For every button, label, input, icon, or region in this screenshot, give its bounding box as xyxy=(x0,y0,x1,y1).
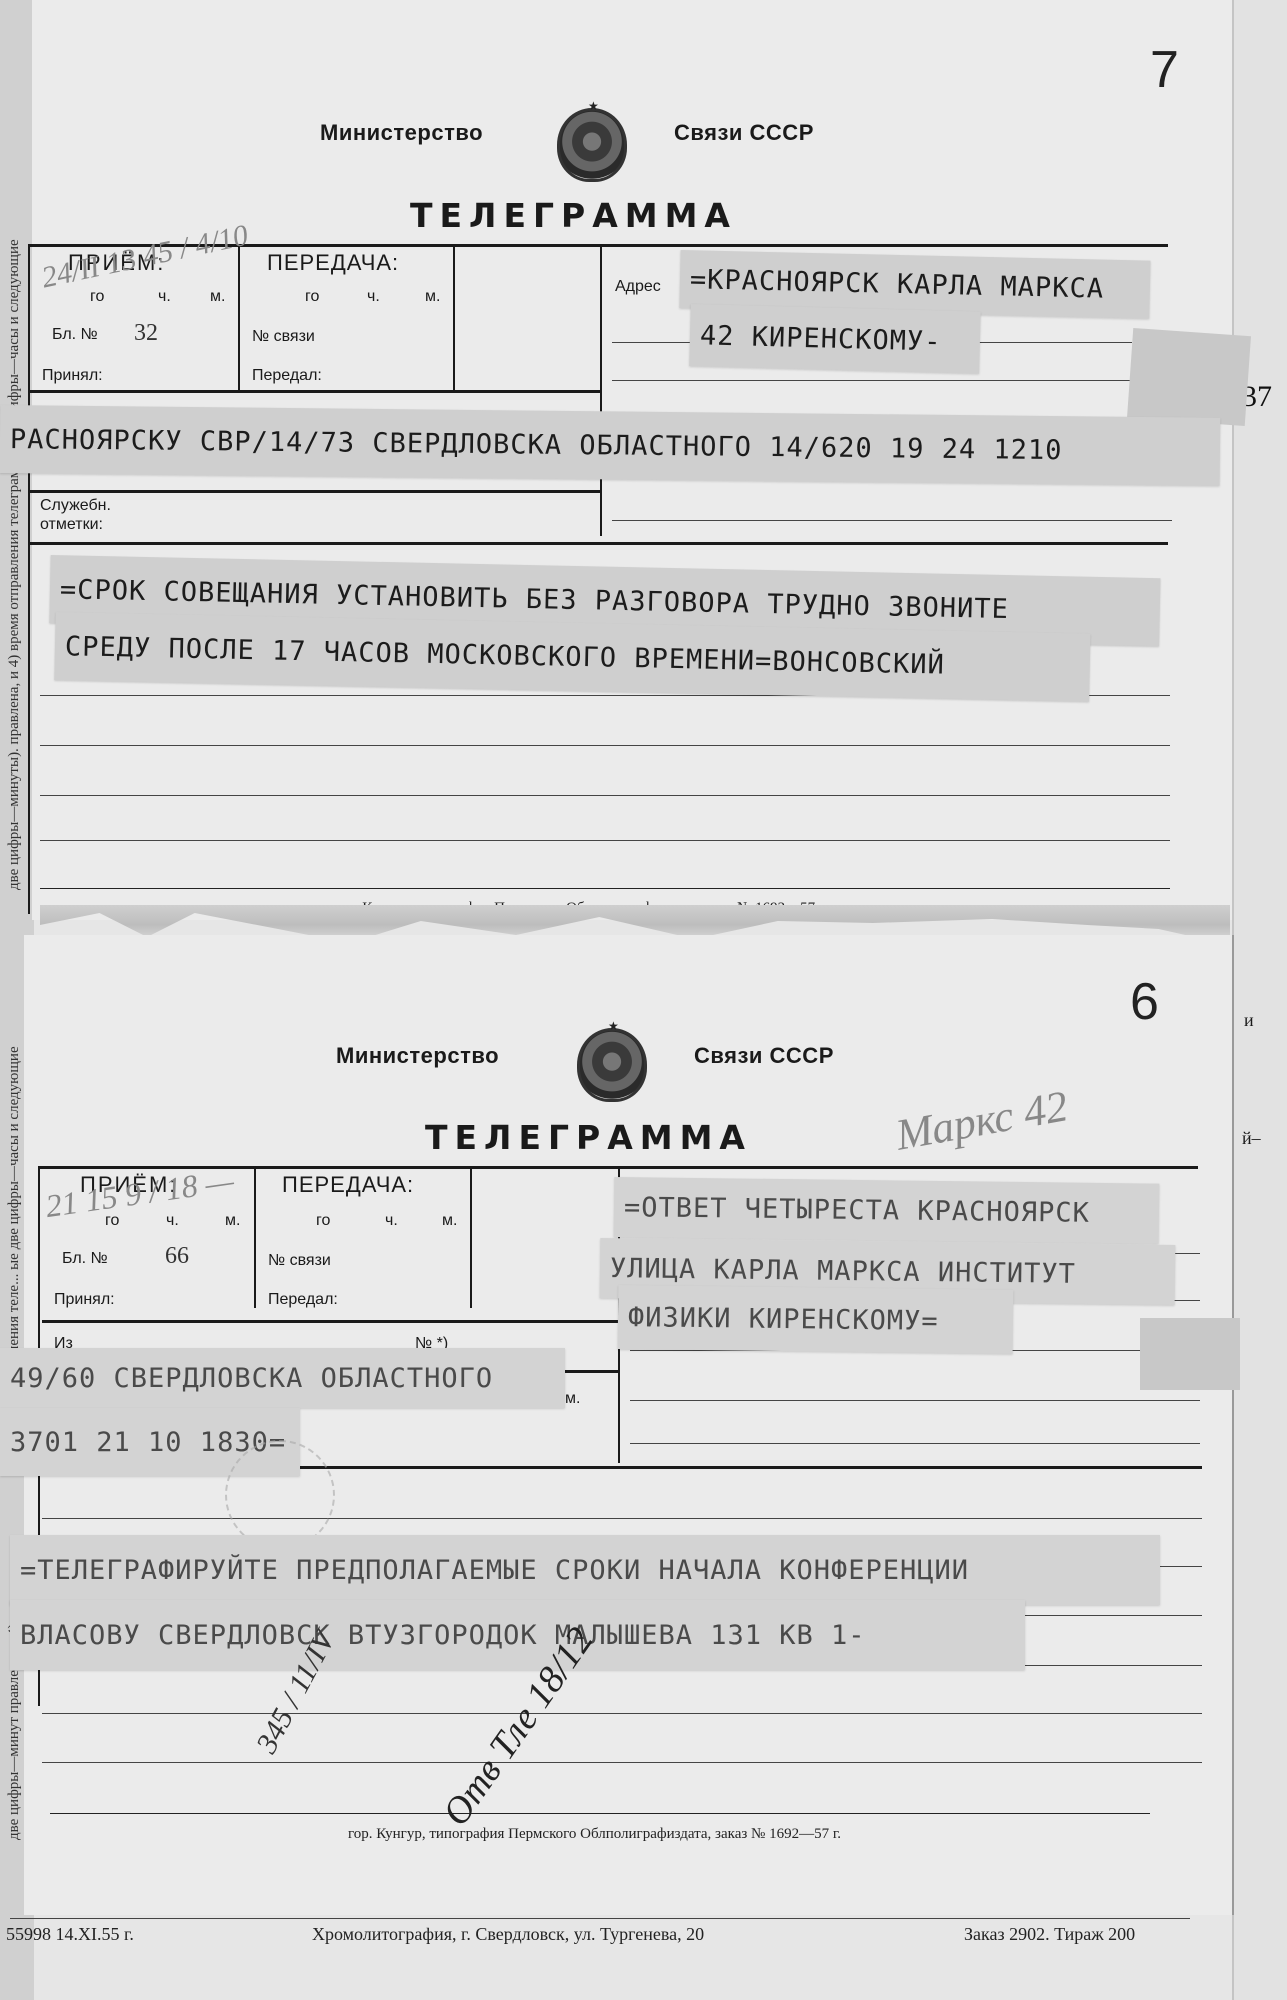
minutes-label: м. xyxy=(565,1390,580,1408)
right-underlying-page-edge: 37 и й– xyxy=(1232,0,1287,2000)
footer-order: Заказ 2902. Тираж 200 xyxy=(964,1924,1135,1945)
ministry-label-bottom: Министерство xyxy=(336,1043,499,1069)
rule xyxy=(42,1762,1202,1763)
divider xyxy=(28,490,600,493)
rule xyxy=(630,1443,1200,1444)
ussr-emblem-icon xyxy=(557,108,627,182)
tape-address-line-2: 42 КИРЕНСКОМУ- xyxy=(689,304,981,374)
address-label: Адрес xyxy=(615,278,661,296)
divider xyxy=(28,390,600,393)
send-time-m-bottom: м. xyxy=(442,1212,457,1230)
peredacha-label-bottom: ПЕРЕДАЧА: xyxy=(282,1172,414,1198)
right-edge-mark-i: и xyxy=(1244,1010,1254,1031)
blank-number-label-bottom: Бл. № xyxy=(62,1250,108,1268)
rule xyxy=(40,888,1170,889)
divider xyxy=(453,246,455,390)
postmark-stamp xyxy=(225,1440,335,1550)
blank-tape-patch xyxy=(1127,328,1251,426)
recv-time-m: м. xyxy=(210,288,225,306)
telegram-title-bottom: ТЕЛЕГРАММА xyxy=(425,1118,752,1157)
tape-header-line: РАСНОЯРСКУ СВР/14/73 СВЕРДЛОВСКА ОБЛАСТН… xyxy=(0,405,1220,486)
ussr-emblem-icon xyxy=(577,1028,647,1102)
divider xyxy=(238,246,240,390)
ministry-label-top: Министерство xyxy=(320,120,483,146)
send-time-go: го xyxy=(305,288,319,306)
recv-time-h-bottom: ч. xyxy=(166,1212,179,1230)
service-notes-label: Служебн. отметки: xyxy=(40,496,150,534)
send-time-h: ч. xyxy=(367,288,380,306)
page-number-top: 7 xyxy=(1150,40,1179,100)
right-edge-mark-i-short: й– xyxy=(1242,1128,1261,1149)
send-time-go-bottom: го xyxy=(316,1212,330,1230)
peredacha-label: ПЕРЕДАЧА: xyxy=(267,250,399,276)
printer-imprint-bottom: гор. Кунгур, типография Пермского Облпол… xyxy=(348,1826,841,1843)
send-time-m: м. xyxy=(425,288,440,306)
divider xyxy=(28,542,1168,545)
divider xyxy=(42,1320,620,1323)
recv-time-m-bottom: м. xyxy=(225,1212,240,1230)
divider xyxy=(470,1168,472,1308)
footer-rule xyxy=(10,1918,1190,1919)
tape-header-line-1-bottom: 49/60 СВЕРДЛОВСКА ОБЛАСТНОГО xyxy=(0,1348,565,1408)
ministry-name-bottom: Связи СССР xyxy=(694,1043,834,1069)
form-left-border xyxy=(28,244,30,914)
recv-time-go: го xyxy=(90,288,104,306)
send-time-h-bottom: ч. xyxy=(385,1212,398,1230)
divider xyxy=(254,1168,256,1308)
ministry-name-top: Связи СССР xyxy=(674,120,814,146)
blank-number-label: Бл. № xyxy=(52,326,98,344)
rule xyxy=(630,1400,1200,1401)
tape-message-line-1-bottom: =ТЕЛЕГРАФИРУЙТЕ ПРЕДПОЛАГАЕМЫЕ СРОКИ НАЧ… xyxy=(10,1535,1160,1605)
rule xyxy=(50,1813,1150,1814)
transmitted-label: Передал: xyxy=(252,367,322,385)
rule xyxy=(40,745,1170,746)
blank-number-value-bottom: 66 xyxy=(165,1243,189,1270)
footer-print-code: 55998 14.XI.55 г. xyxy=(6,1924,134,1945)
footer-printer: Хромолитография, г. Свердловск, ул. Тург… xyxy=(312,1924,704,1945)
rule xyxy=(612,380,1132,381)
tape-address-line-1-bottom: =ОТВЕТ ЧЕТЫРЕСТА КРАСНОЯРСК xyxy=(614,1177,1160,1244)
rule xyxy=(40,840,1170,841)
rule xyxy=(40,795,1170,796)
divider xyxy=(600,246,602,536)
recv-time-h: ч. xyxy=(158,288,171,306)
margin-vertical-text-bottom-upper: вления теле... ые две цифры—часы и следу… xyxy=(6,1040,22,1360)
page-number-bottom: 6 xyxy=(1130,972,1159,1032)
accepted-label-bottom: Принял: xyxy=(54,1291,115,1309)
transmitted-label-bottom: Передал: xyxy=(268,1291,338,1309)
tape-address-line-3-bottom: ФИЗИКИ КИРЕНСКОМУ= xyxy=(618,1285,1014,1354)
blank-number-value: 32 xyxy=(134,320,158,347)
rule xyxy=(612,520,1172,521)
rule xyxy=(42,1713,1202,1714)
link-number-label: № связи xyxy=(252,328,315,346)
accepted-label: Принял: xyxy=(42,367,103,385)
telegram-title-top: ТЕЛЕГРАММА xyxy=(410,196,737,235)
link-number-label-bottom: № связи xyxy=(268,1252,331,1270)
tape-message-line-2-bottom: ВЛАСОВУ СВЕРДЛОВСК ВТУЗГОРОДОК МАЛЫШЕВА … xyxy=(10,1600,1025,1670)
blank-tape-patch-bottom xyxy=(1140,1318,1240,1390)
rule xyxy=(42,1518,1202,1519)
